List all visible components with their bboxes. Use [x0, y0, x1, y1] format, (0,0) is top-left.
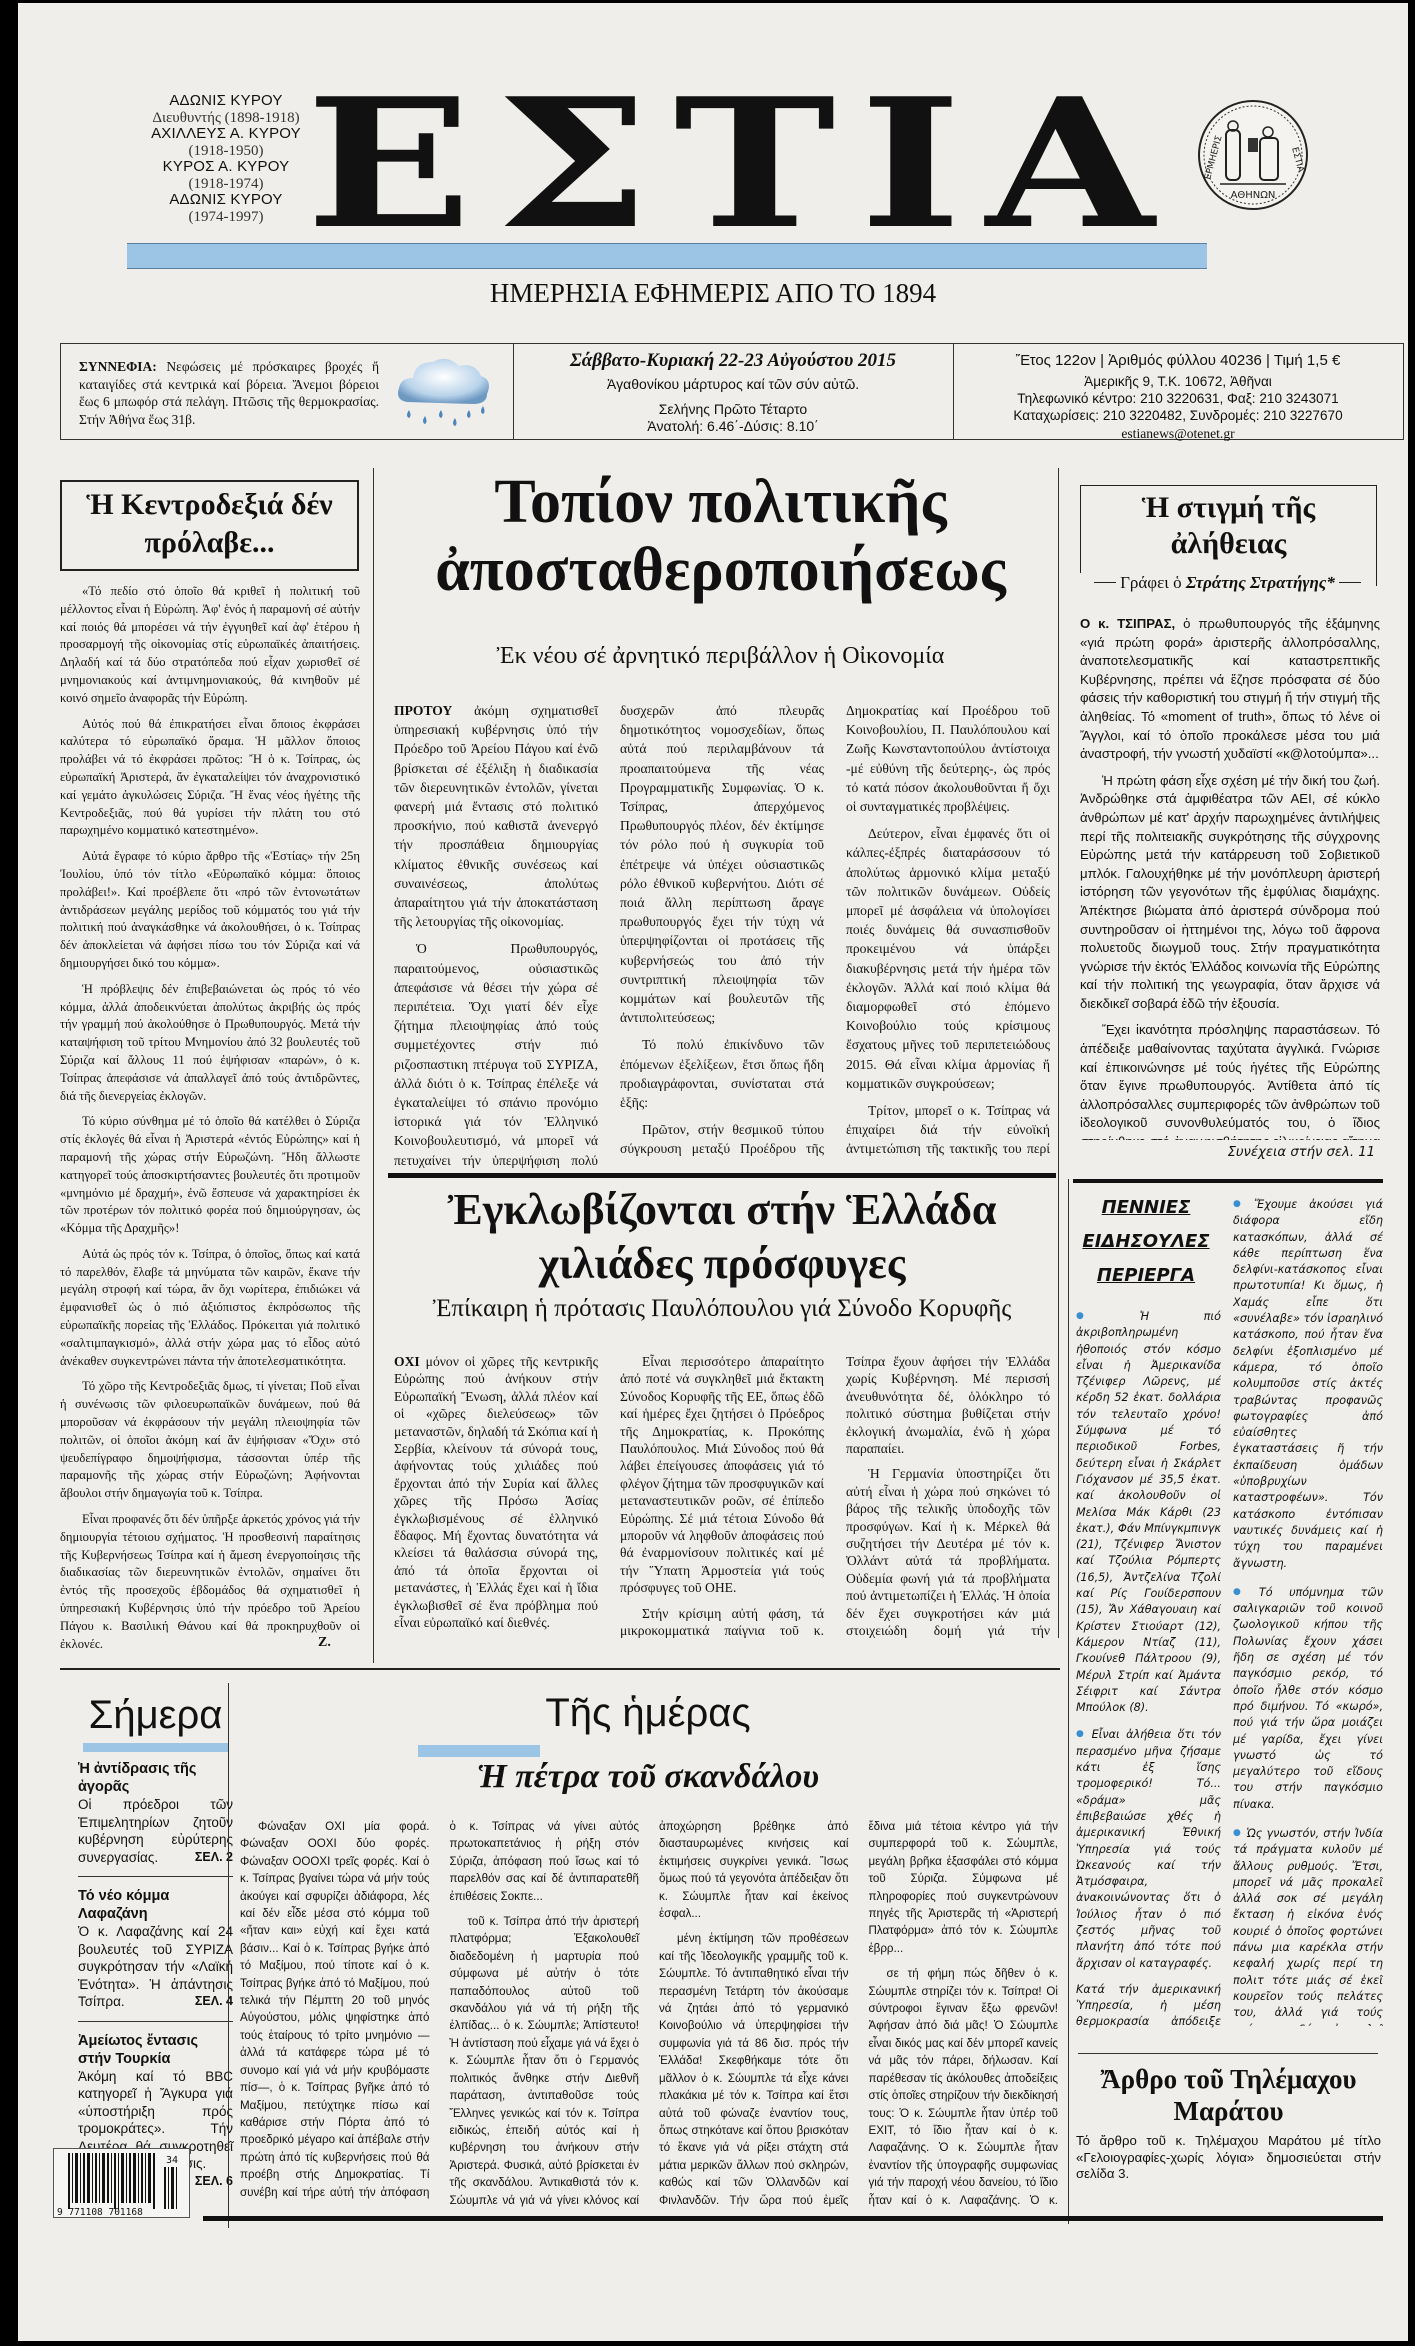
barcode: 34 9 771108 701168: [53, 2148, 190, 2218]
ads-subscriptions: Καταχωρίσεις: 210 3220482, Συνδρομές: 21…: [953, 407, 1403, 424]
today-item-title: Τό νέο κόμμα Λαφαζάνη: [78, 1887, 233, 1923]
founders-list: ΑΔΩΝΙΣ ΚΥΡΟΥ Διευθυντής (1898-1918) ΑΧΙΛ…: [151, 93, 301, 225]
today-item-title: Ἡ ἀντίδρασις τῆς ἀγορᾶς: [78, 1760, 233, 1796]
info-strip: ΣΥΝΝΕΦΙΑ: Νεφώσεις μέ πρόσκαιρες βροχές …: [60, 343, 1404, 440]
paragraph: ἀκόμη σχηματισθεῖ ὑπηρεσιακή κυβέρνησις …: [394, 703, 598, 929]
trivia-item: Εἶναι ἀλήθεια ὅτι τόν περασμένο μῆνα ζήσ…: [1076, 1726, 1221, 1971]
weather-label: ΣΥΝΝΕΦΙΑ:: [79, 359, 157, 374]
paragraph: μόνον οἱ χῶρες τῆς κεντρικῆς Εὐρώπης πού…: [394, 1354, 598, 1630]
right-article-body: Ο κ. ΤΣΙΠΡΑΣ, ὁ πρωθυπουργός τῆς ἑξάμηνη…: [1080, 615, 1380, 1140]
refugee-article-subtitle: Ἐπίκαιρη ἡ πρότασις Παυλόπουλου γιά Σύνο…: [388, 1295, 1056, 1323]
column-divider: [373, 468, 374, 1663]
founder-name: ΑΧΙΛΛΕΥΣ Α. ΚΥΡΟΥ: [151, 126, 301, 143]
lead-word: Ο κ. ΤΣΙΠΡΑΣ,: [1080, 616, 1175, 631]
founder-years: (1918-1974): [151, 176, 301, 193]
coin-bottom-text: ΑΘΗΝΩΝ: [1231, 190, 1276, 201]
newspaper-front-page: ΑΔΩΝΙΣ ΚΥΡΟΥ Διευθυντής (1898-1918) ΑΧΙΛ…: [18, 3, 1408, 2341]
barcode-icon: 34 9 771108 701168: [54, 2149, 189, 2217]
founder-name: ΚΥΡΟΣ Α. ΚΥΡΟΥ: [151, 159, 301, 176]
article-link-title[interactable]: Ἄρθρο τοῦ Τηλέμαχου Μαράτου: [1076, 2063, 1381, 2127]
refugee-article-body: ΟΧΙ μόνον οἱ χῶρες τῆς κεντρικῆς Εὐρώπης…: [394, 1353, 1050, 1653]
left-article-title-box: Ἡ Κεντροδεξιά δέν πρόλαβε...: [60, 480, 359, 571]
continued-link[interactable]: Συνέχεια στήν σελ. 11: [1080, 1145, 1375, 1160]
lead-article-subtitle: Ἐκ νέου σέ ἀρνητικό περιβάλλον ἡ Οἰκονομ…: [388, 643, 1053, 670]
today-item[interactable]: Ἡ ἀντίδρασις τῆς ἀγορᾶς Οἱ πρόεδροι τῶν …: [78, 1760, 233, 1866]
founder-name: ΑΔΩΝΙΣ ΚΥΡΟΥ: [151, 192, 301, 209]
of-the-day-body: Φώναξαν ΟΧΙ μία φορά. Φώναξαν ΟΟΧΙ δύο φ…: [240, 1818, 1058, 2213]
issue-info-block: Ἔτος 122ον | Ἀριθμός φύλλου 40236 | Τιμή…: [953, 344, 1403, 442]
column-divider: [1058, 468, 1059, 1638]
lead-word: ΟΧΙ: [394, 1354, 420, 1369]
dateline-block: Σάββατο-Κυριακή 22-23 Αὐγούστου 2015 Ἀγα…: [513, 344, 953, 435]
trivia-column-1: Ἡ πιό ἀκριβοπληρωμένη ἠθοποιός στόν κόσμ…: [1076, 1308, 1221, 2028]
address: Ἀμερικῆς 9, Τ.Κ. 10672, Ἀθῆναι: [953, 373, 1403, 390]
today-blue-bar: [83, 1743, 228, 1752]
paragraph: Αὐτός πού θά ἐπικρατήσει εἶναι ὅποιος ἐκ…: [60, 716, 360, 841]
founder-years: (1918-1950): [151, 143, 301, 160]
divider: [78, 1876, 233, 1877]
paragraph: Ἡ πρόβλεψις δέν ἐπιβεβαιώνεται ὡς πρός τ…: [60, 981, 360, 1106]
lead-article-body: ΠΡΟΤΟΥ ἀκόμη σχηματισθεῖ ὑπηρεσιακή κυβέ…: [394, 701, 1050, 1171]
trivia-heading: ΕΙΔΗΣΟΥΛΕΣ: [1076, 1230, 1216, 1254]
trivia-item: Κατά τήν ἀμερικανική Ὑπηρεσία, ἡ μέση θε…: [1076, 1982, 1221, 2028]
paragraph: Εἶναι προφανές ὅτι δέν ὑπῆρξε ἀρκετός χρ…: [60, 1511, 360, 1648]
divider: [78, 2021, 233, 2022]
right-article-title: Ἡ στιγμή τῆς ἀλήθειας: [1081, 490, 1376, 562]
issue-date: Σάββατο-Κυριακή 22-23 Αὐγούστου 2015: [513, 352, 953, 369]
founder-years: Διευθυντής (1898-1918): [151, 110, 301, 127]
phone-numbers: Τηλεφωνικό κέντρο: 210 3220631, Φαξ: 210…: [953, 390, 1403, 407]
today-item[interactable]: Τό νέο κόμμα Λαφαζάνη Ὁ κ. Λαφαζάνης καί…: [78, 1887, 233, 2011]
left-article-body: «Τό πεδίο στό ὁποῖο θά κριθεῖ ἡ πολιτική…: [60, 583, 360, 1648]
paragraph: Τό κύριο σύνθημα μέ τό ὁποῖο θά κατέλθει…: [60, 1113, 360, 1238]
paragraph: Αὐτά ἔγραφε τό κύριο ἄρθρο τῆς «Ἑστίας» …: [60, 848, 360, 973]
paragraph: Ἔχει ἱκανότητα πρόσληψης παραστάσεων. Τό…: [1080, 1021, 1380, 1140]
trivia-item: Ἡ πιό ἀκριβοπληρωμένη ἠθοποιός στόν κόσμ…: [1076, 1308, 1221, 1716]
column-divider: [1068, 1179, 1069, 2224]
paragraph: ὁ πρωθυπουργός τῆς ἑξάμηνης «γιά πρώτη φ…: [1080, 616, 1380, 761]
bottom-rule: [203, 2216, 1383, 2221]
section-divider: [1073, 1179, 1383, 1183]
barcode-addon: 34: [166, 2155, 178, 2166]
weather-text-block: ΣΥΝΝΕΦΙΑ: Νεφώσεις μέ πρόσκαιρες βροχές …: [79, 358, 379, 428]
email-link[interactable]: estianews@otenet.gr: [953, 425, 1403, 442]
trivia-heading: ΠΕΝΝΙΕΣ: [1076, 1196, 1216, 1220]
of-the-day-heading: Τῆς ἡμέρας: [228, 1691, 1068, 1735]
right-article-title-box: Ἡ στιγμή τῆς ἀλήθειας: [1080, 485, 1377, 586]
issue-number-price: Ἔτος 122ον | Ἀριθμός φύλλου 40236 | Τιμή…: [953, 352, 1403, 369]
byline-author: Στράτης Στρατήγης*: [1186, 573, 1335, 592]
paragraph: Εἶναι περισσότερο ἀπαραίτητο ἀπό ποτέ νά…: [620, 1353, 824, 1597]
masthead-blue-bar: [127, 243, 1207, 269]
founder-years: (1974-1997): [151, 209, 301, 226]
byline-prefix: Γράφει ὁ: [1120, 573, 1182, 592]
paragraph: Αὐτά ὡς πρός τόν κ. Τσίπρα, ὁ ὁποῖος, ὅπ…: [60, 1246, 360, 1371]
divider: [1078, 2053, 1378, 2054]
barcode-number: 9 771108 701168: [57, 2207, 143, 2217]
masthead-subtitle: ΗΜΕΡΗΣΙΑ ΕΦΗΜΕΡΙΣ ΑΠΟ ΤΟ 1894: [18, 278, 1408, 309]
masthead-logo: ΕΣΤΙΑ: [306, 75, 1156, 225]
section-divider: [60, 1668, 1060, 1670]
paragraph: Τό χῶρο τῆς Κεντροδεξιᾶς δμως, τί γίνετα…: [60, 1378, 360, 1503]
sunrise-sunset: Ἀνατολή: 6.46΄-Δύσις: 8.10΄: [513, 418, 953, 435]
trivia-column-2: Ἔχουμε ἀκούσει γιά διάφορα εἴδη κατασκόπ…: [1233, 1196, 1383, 2026]
of-the-day-blue-bar: [418, 1745, 540, 1757]
of-the-day-title: Ἡ πέτρα τοῦ σκανδάλου: [228, 1758, 1068, 1796]
section-divider: [388, 1173, 1056, 1178]
founder-name: ΑΔΩΝΙΣ ΚΥΡΟΥ: [151, 93, 301, 110]
paragraph: «Τό πεδίο στό ὁποῖο θά κριθεῖ ἡ πολιτική…: [60, 583, 360, 708]
trivia-item: Ὡς γνωστόν, στήν Ἰνδία τά πράγματα κυλοῦ…: [1233, 1825, 1383, 2026]
refugee-article-title: Ἐγκλωβίζονται στήν Ἑλλάδα χιλιάδες πρόσφ…: [388, 1183, 1056, 1291]
today-heading: Σήμερα: [78, 1693, 233, 1737]
saint-of-day: Ἀγαθονίκου μάρτυρος καί τῶν σύν αὐτῶ.: [513, 376, 953, 393]
trivia-headings: ΠΕΝΝΙΕΣ ΕΙΔΗΣΟΥΛΕΣ ΠΕΡΙΕΡΓΑ: [1076, 1196, 1216, 1288]
lead-word: ΠΡΟΤΟΥ: [394, 703, 452, 718]
today-sidebar: Σήμερα Ἡ ἀντίδρασις τῆς ἀγορᾶς Οἱ πρόεδρ…: [78, 1693, 233, 2190]
trivia-item: Τό υπόμνημα τῶν σαλιγκαριῶν τοῦ κοινοῦ ζ…: [1233, 1584, 1383, 1813]
masthead-title: ΕΣΤΙΑ: [306, 75, 1343, 253]
article-link-text: Τό ἄρθρο τοῦ κ. Τηλέμαχου Μαράτου μέ τίτ…: [1076, 2133, 1381, 2183]
paragraph: Δεύτερον, εἶναι ἐμφανές ὅτι οἱ κάλπες-ἐξ…: [846, 824, 1050, 1093]
trivia-heading: ΠΕΡΙΕΡΓΑ: [1076, 1264, 1216, 1288]
rain-cloud-icon: [389, 344, 499, 434]
moon-phase: Σελήνης Πρῶτο Τέταρτο: [513, 401, 953, 418]
today-item-title: Ἀμείωτος ἔντασις στήν Τουρκία: [78, 2032, 233, 2068]
paragraph: Ἡ πρώτη φάση εἶχε σχέση μέ τήν δική του …: [1080, 772, 1380, 1014]
lead-article-title: Τοπίον πολιτικῆς ἀποσταθεροποιήσεως: [388, 468, 1053, 604]
left-article-title: Ἡ Κεντροδεξιά δέν πρόλαβε...: [62, 486, 357, 562]
paragraph: Τό πολύ ἐπικίνδυνο τῶν ἐπόμενων ἐξελίξεω…: [620, 1035, 824, 1112]
ancient-coin-logo-icon: ΑΘΗΝΩΝ ΕΣΤΙΑ ΕΡΜΗΕΡΙΣ: [1196, 98, 1311, 213]
right-article-byline: Γράφει ὁ Στράτης Στρατήγης*: [1080, 573, 1375, 593]
trivia-item: Ἔχουμε ἀκούσει γιά διάφορα εἴδη κατασκόπ…: [1233, 1196, 1383, 1572]
left-article-signature: Ζ.: [318, 1635, 331, 1651]
